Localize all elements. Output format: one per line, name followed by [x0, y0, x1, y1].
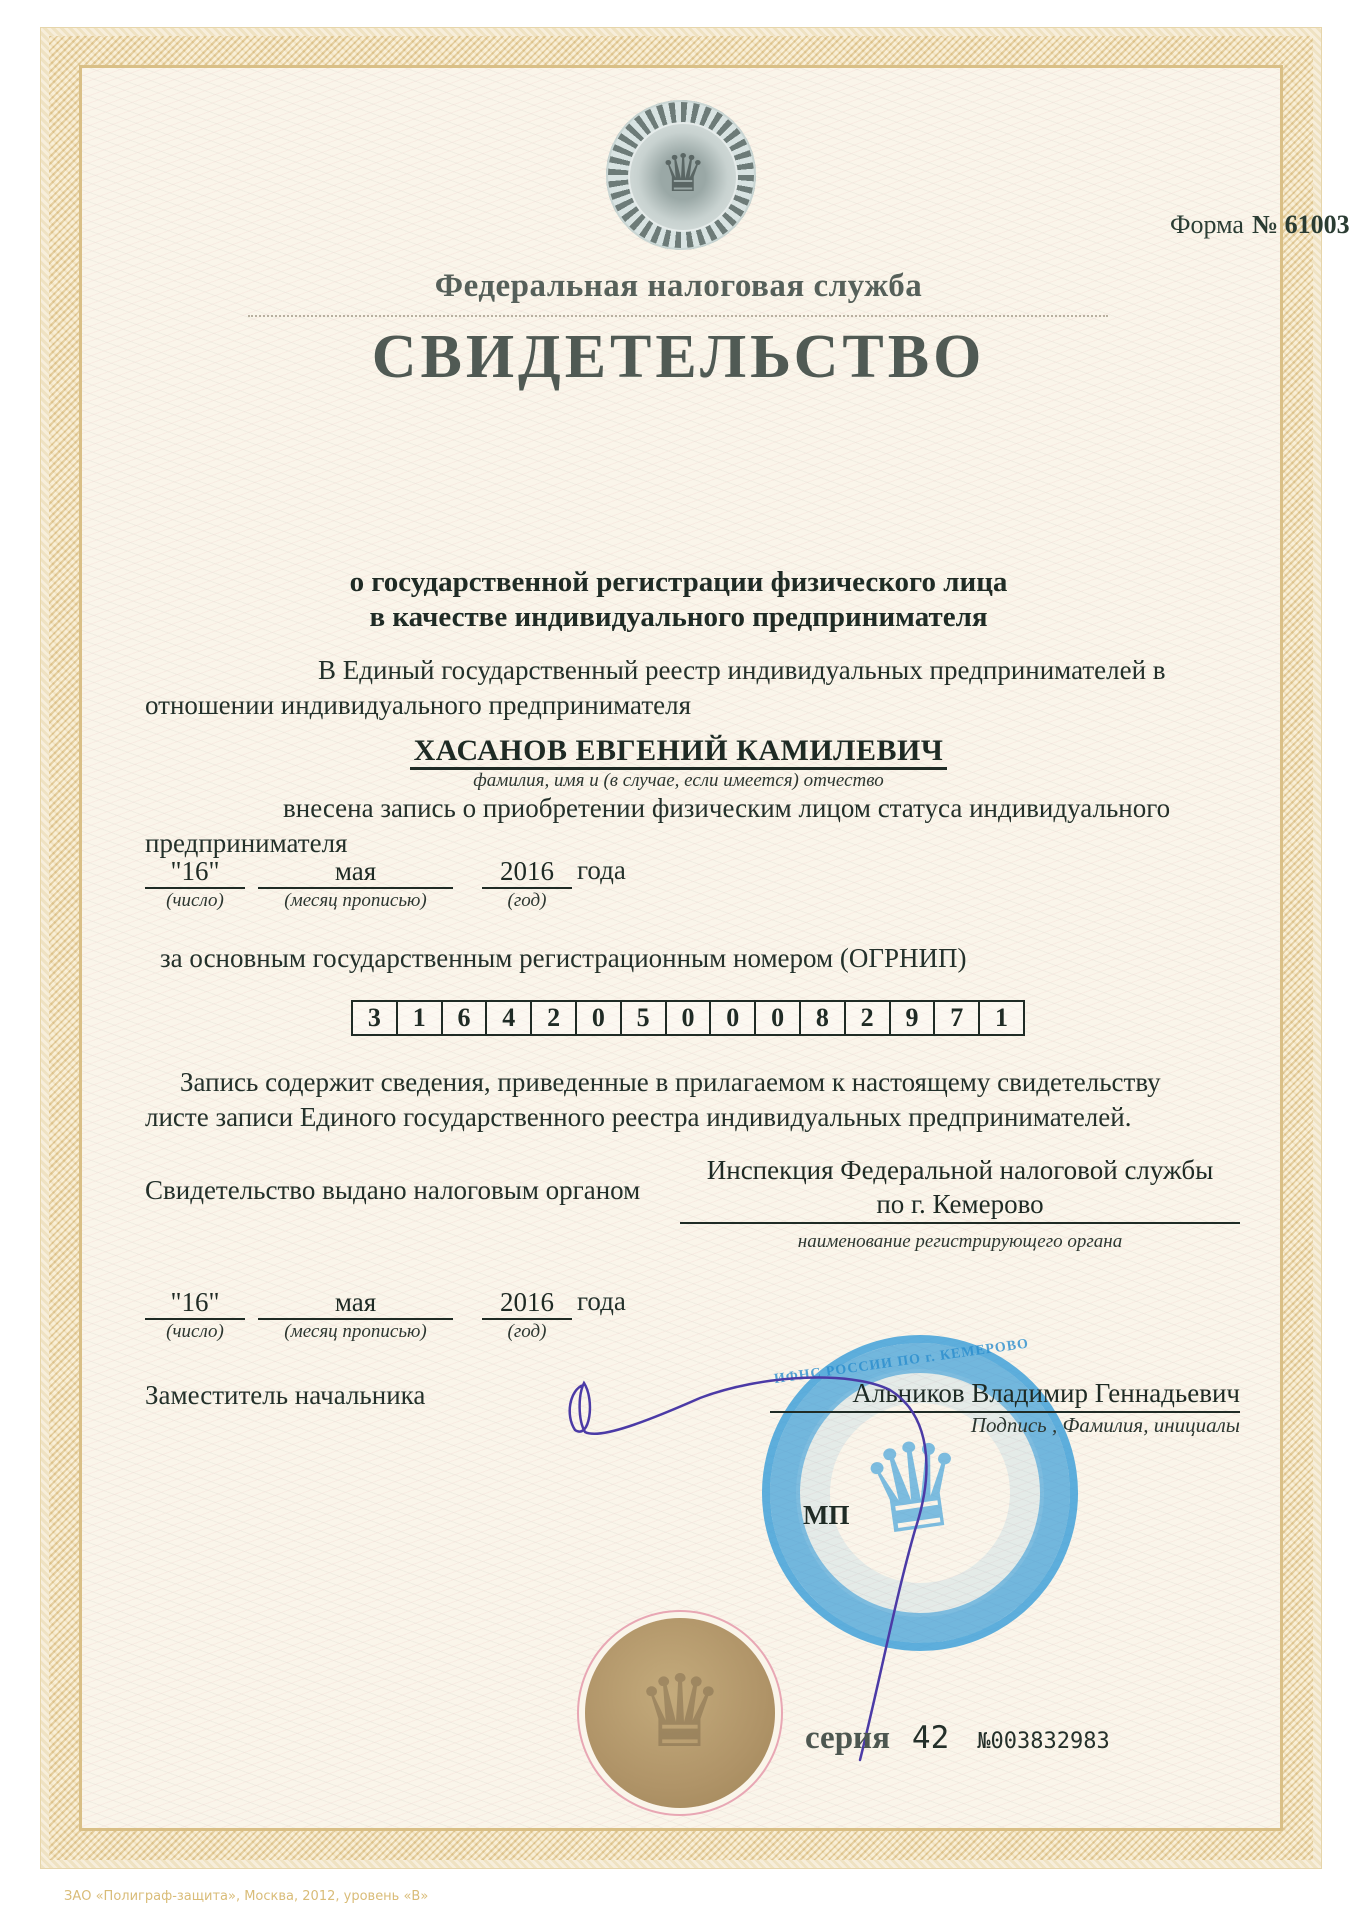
issuer-label: Свидетельство выдано налоговым органом: [145, 1175, 640, 1206]
name-caption: фамилия, имя и (в случае, если имеется) …: [0, 770, 1357, 792]
authority-caption: наименование регистрирующего органа: [680, 1231, 1240, 1253]
ogrnip-digit: 0: [756, 1002, 801, 1034]
ogrnip-digit: 7: [935, 1002, 980, 1034]
authority-underline: [680, 1222, 1240, 1224]
ogrnip-digit: 2: [846, 1002, 891, 1034]
issue-year-suffix: года: [577, 1286, 626, 1317]
subtitle-line-1: о государственной регистрации физическог…: [0, 565, 1357, 600]
blank-number: №003832983: [977, 1729, 1109, 1754]
reg-day-caption: (число): [145, 890, 245, 912]
ogrnip-digit: 0: [711, 1002, 756, 1034]
statement-line-1: Запись содержит сведения, приведенные в …: [180, 1067, 1161, 1098]
signature-caption: Подпись , Фамилия, инициалы: [770, 1413, 1240, 1438]
issue-month-caption: (месяц прописью): [258, 1321, 453, 1343]
reg-day: "16": [145, 855, 245, 889]
ogrnip-label: за основным государственным регистрацион…: [160, 943, 966, 974]
reg-year: 2016: [482, 855, 572, 889]
reg-month-caption: (месяц прописью): [258, 890, 453, 912]
authority-line-1: Инспекция Федеральной налоговой службы: [680, 1153, 1240, 1187]
series-label: серия: [805, 1720, 890, 1756]
reg-year-caption: (год): [482, 890, 572, 912]
ogrnip-digit: 0: [577, 1002, 622, 1034]
signer-name: Альников Владимир Геннадьевич: [770, 1378, 1240, 1413]
ogrnip-digit: 1: [980, 1002, 1023, 1034]
document-subtitle: о государственной регистрации физическог…: [0, 565, 1357, 635]
blank-series-number: серия42№003832983: [805, 1720, 1110, 1757]
series-value: 42: [912, 1720, 949, 1756]
issue-day-caption: (число): [145, 1321, 245, 1343]
ogrnip-digit: 2: [532, 1002, 577, 1034]
ogrnip-digit: 4: [487, 1002, 532, 1034]
agency-name: Федеральная налоговая служба: [0, 268, 1357, 305]
entrepreneur-full-name: ХАСАНОВ ЕВГЕНИЙ КАМИЛЕВИЧ: [410, 734, 948, 770]
record-line-1: внесена запись о приобретении физическим…: [283, 793, 1170, 824]
form-label: Форма: [1170, 210, 1244, 239]
stamp-place-label: МП: [803, 1500, 850, 1531]
issuing-authority: Инспекция Федеральной налоговой службы п…: [680, 1153, 1240, 1221]
issue-year: 2016: [482, 1286, 572, 1320]
ogrnip-digit: 6: [443, 1002, 488, 1034]
ogrnip-digit: 3: [353, 1002, 398, 1034]
ogrnip-digit: 0: [667, 1002, 712, 1034]
intro-line-1: В Единый государственный реестр индивиду…: [318, 655, 1166, 686]
ogrnip-digit: 9: [891, 1002, 936, 1034]
signer-position: Заместитель начальника: [145, 1380, 425, 1411]
reg-month: мая: [258, 855, 453, 889]
ogrnip-digit: 8: [801, 1002, 846, 1034]
printer-note: ЗАО «Полиграф-защита», Москва, 2012, уро…: [64, 1889, 428, 1904]
seal-eagle-icon: ♛: [585, 1653, 775, 1773]
document-title: СВИДЕТЕЛЬСТВО: [0, 322, 1357, 393]
ogrnip-number: 316420500082971: [351, 1000, 1025, 1036]
statement-line-2: листе записи Единого государственного ре…: [145, 1102, 1131, 1133]
ogrnip-digit: 5: [622, 1002, 667, 1034]
form-number: Форма№ 61003: [1170, 210, 1350, 240]
issue-year-caption: (год): [482, 1321, 572, 1343]
subtitle-line-2: в качестве индивидуального предпринимате…: [0, 600, 1357, 635]
reg-year-suffix: года: [577, 855, 626, 886]
entrepreneur-name: ХАСАНОВ ЕВГЕНИЙ КАМИЛЕВИЧ: [0, 734, 1357, 768]
authority-line-2: по г. Кемерово: [680, 1187, 1240, 1221]
divider: [248, 315, 1108, 317]
gold-seal: ♛: [585, 1618, 775, 1808]
issue-month: мая: [258, 1286, 453, 1320]
form-number-value: № 61003: [1252, 210, 1350, 239]
ogrnip-digit: 1: [398, 1002, 443, 1034]
hologram-emblem-icon: ♛: [606, 100, 756, 250]
issue-day: "16": [145, 1286, 245, 1320]
intro-line-2: отношении индивидуального предпринимател…: [145, 690, 691, 721]
